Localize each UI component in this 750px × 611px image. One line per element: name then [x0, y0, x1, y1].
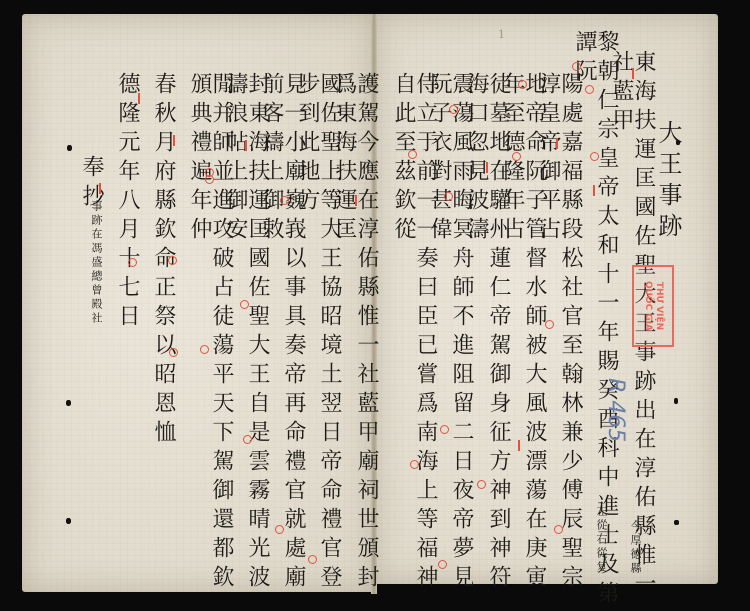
left-column-5: 閒并師並進攻破占徒蕩平天下駕御還都欽頒典禮遍年仲: [188, 72, 232, 611]
red-circle-mark: [585, 85, 594, 94]
red-tick-mark: [173, 135, 175, 146]
red-circle-mark: [518, 80, 527, 89]
library-stamp: THƯ VIỆN QUỐC GIA: [632, 265, 674, 347]
red-circle-mark: [308, 555, 317, 564]
red-circle-mark: [128, 258, 137, 267]
red-tick-mark: [593, 185, 595, 196]
red-circle-mark: [280, 196, 289, 205]
red-tick-mark: [518, 440, 520, 451]
stamp-line-2: QUỐC GIA: [642, 281, 653, 331]
page-number-mark: 1: [498, 28, 505, 41]
red-circle-mark: [205, 175, 214, 184]
red-circle-mark: [512, 152, 521, 161]
red-circle-mark: [449, 105, 458, 114]
binding-hole: [674, 398, 678, 404]
red-circle-mark: [554, 525, 563, 534]
red-tick-mark: [632, 68, 634, 79]
red-circle-mark: [440, 425, 449, 434]
document-title: 大王事跡: [656, 120, 680, 244]
red-circle-mark: [275, 525, 284, 534]
red-circle-mark: [168, 256, 177, 265]
red-circle-mark: [590, 152, 599, 161]
red-circle-mark: [477, 480, 486, 489]
binding-hole: [67, 145, 72, 151]
annotation-1: 今厚徳縣: [630, 520, 641, 576]
red-tick-mark: [556, 138, 558, 149]
red-tick-mark: [355, 195, 357, 206]
red-tick-mark: [99, 183, 101, 194]
binding-hole: [66, 400, 71, 406]
date-column: 德隆元年八月十七日: [116, 72, 138, 333]
red-circle-mark: [408, 150, 417, 159]
binding-hole: [66, 518, 71, 524]
red-circle-mark: [438, 560, 447, 569]
red-circle-mark: [410, 460, 419, 469]
red-circle-mark: [169, 348, 178, 357]
red-circle-mark: [200, 345, 209, 354]
red-circle-mark: [572, 62, 581, 71]
stamp-line-1: THƯ VIỆN: [653, 281, 664, 331]
binding-hole: [676, 140, 680, 145]
annotation-2: 左從右從复: [596, 505, 607, 575]
red-circle-mark: [240, 300, 249, 309]
copy-source-note: 事跡在馮盛總曾殿社: [91, 200, 102, 326]
red-circle-mark: [243, 435, 252, 444]
catalog-mark: R 465: [603, 378, 628, 442]
red-tick-mark: [245, 140, 247, 151]
binding-hole: [674, 520, 679, 525]
red-tick-mark: [138, 93, 140, 104]
red-circle-mark: [545, 320, 554, 329]
red-tick-mark: [486, 162, 488, 173]
red-circle-mark: [444, 192, 453, 201]
